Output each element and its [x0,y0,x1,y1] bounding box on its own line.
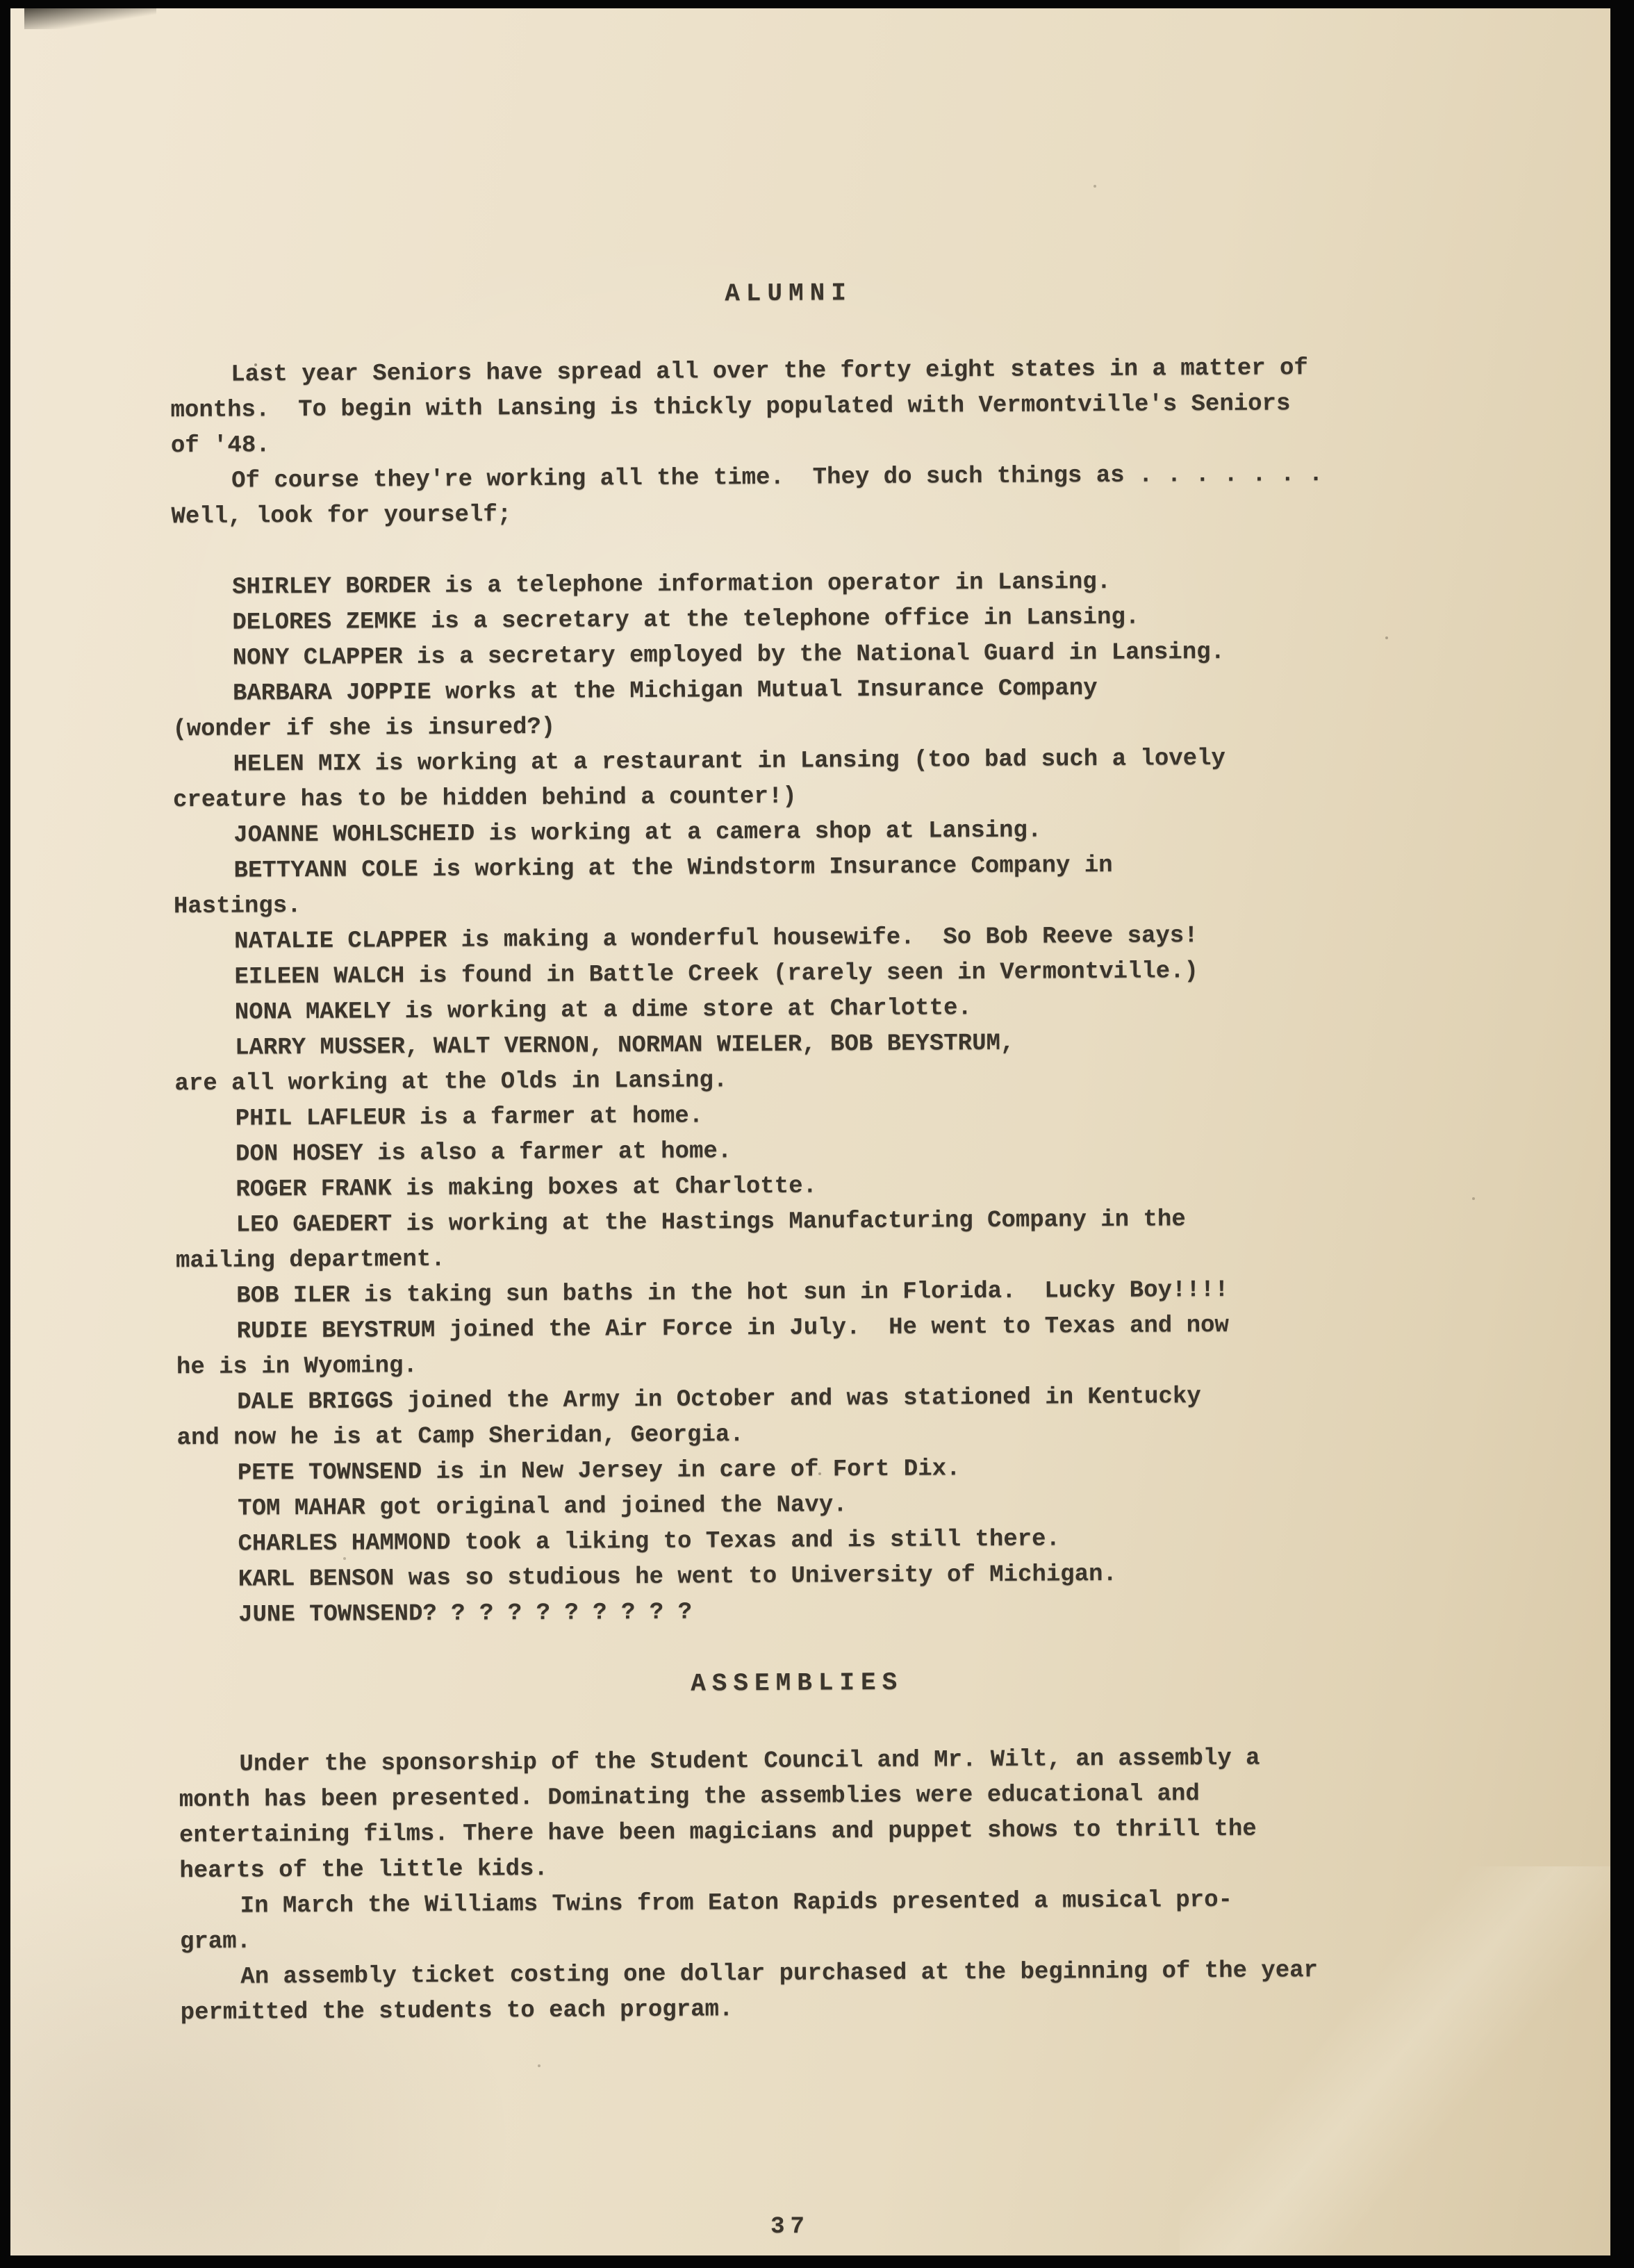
scanned-yearbook-screenshot: { "page_number": "37", "alumni": { "titl… [0,0,1634,2268]
yearbook-page: ALUMNI Last year Seniors have spread all… [10,8,1610,2255]
assemblies-text-block: Under the sponsorship of the Student Cou… [17,1739,1619,2032]
page-number: 37 [172,2210,1409,2245]
paper-specks [10,8,12,10]
assemblies-section-title: ASSEMBLIES [179,1661,1416,1704]
alumni-text-block: Last year Seniors have spread all over t… [9,350,1617,1635]
scan-corner-shadow [24,8,156,29]
alumni-section-title: ALUMNI [170,272,1407,315]
page-content: ALUMNI Last year Seniors have spread all… [8,271,1619,2032]
